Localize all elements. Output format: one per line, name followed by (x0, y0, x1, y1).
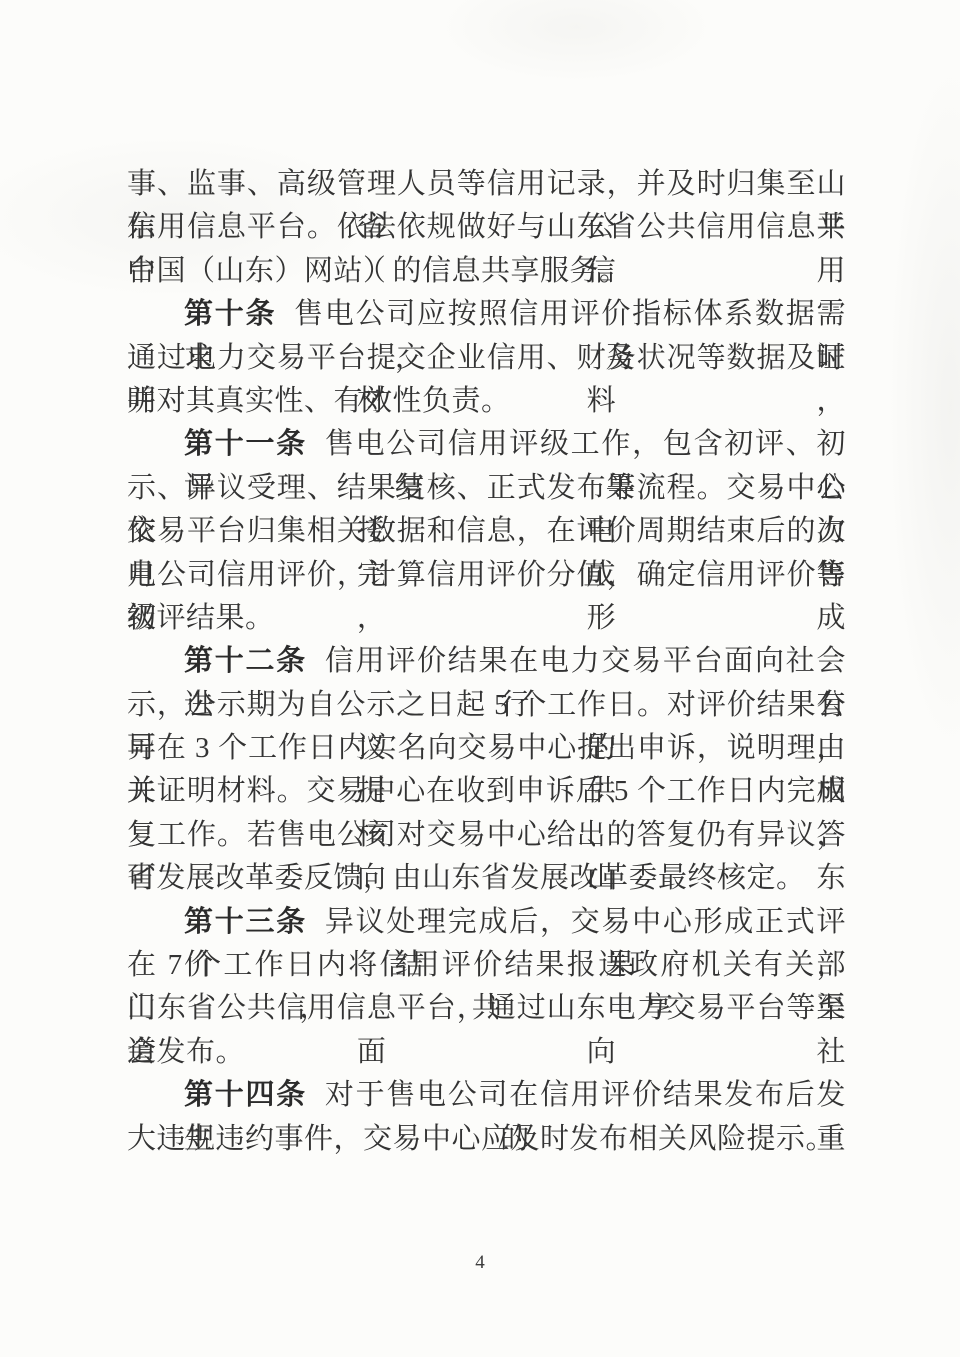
text-line: 在 7 个工作日内将信用评价结果报送政府机关有关部门，共享至 (127, 944, 846, 987)
text-line: 复工作。若售电公司对交易中心给出的答复仍有异议，可向山东 (127, 814, 846, 857)
text-line: 示、异议受理、结果复核、正式发布等流程。交易中心依托电力 (127, 467, 846, 510)
text-line-article-12: 第十二条信用评价结果在电力交易平台面向社会进行公 (127, 640, 846, 683)
text-line-article-11: 第十一条售电公司信用评级工作，包含初评、初评结果公 (127, 423, 846, 466)
text-line: 关证明材料。交易中心在收到申诉后 5 个工作日内完成复核、答 (127, 770, 846, 813)
document-page: 事、监事、高级管理人员等信用记录，并及时归集至山东省公共 信用信息平台。依法依规… (0, 0, 960, 1357)
page-number: 4 (0, 1252, 960, 1274)
article-number: 第十二条 (184, 645, 307, 677)
text-line-article-13: 第十三条异议处理完成后，交易中心形成正式评价结果， (127, 901, 846, 944)
text-line: 通过电力交易平台提交企业信用、财务状况等数据及证明材料， (127, 337, 846, 380)
line-text: 并对其真实性、有效性负责。 (127, 385, 511, 417)
text-line: 交易平台归集相关数据和信息，在评价周期结束后的次月完成售 (127, 510, 846, 553)
text-line: 大违规违约事件，交易中心应及时发布相关风险提示。 (127, 1118, 846, 1161)
text-line: 可在 3 个工作日内实名向交易中心提出申诉，说明理由并提供相 (127, 727, 846, 770)
text-line: 电公司信用评价，计算信用评价分值，确定信用评价等级，形成 (127, 554, 846, 597)
article-number: 第十一条 (184, 428, 307, 460)
line-text: 省发展改革委反馈，由山东省发展改革委最终核定。 (127, 862, 806, 894)
text-line: 山东省公共信用信息平台，通过山东电力交易平台等渠道面向社 (127, 987, 846, 1030)
text-line: 信用信息平台。依法依规做好与山东省公共信用信息平台（信用 (127, 206, 846, 249)
document-body: 事、监事、高级管理人员等信用记录，并及时归集至山东省公共 信用信息平台。依法依规… (127, 163, 846, 1161)
article-number: 第十三条 (184, 906, 307, 938)
text-line-article-10: 第十条售电公司应按照信用评价指标体系数据需求，及时 (127, 293, 846, 336)
text-line: 省发展改革委反馈，由山东省发展改革委最终核定。 (127, 857, 846, 900)
line-text: 中国（山东）网站）的信息共享服务。 (127, 255, 629, 287)
article-number: 第十条 (184, 298, 276, 330)
line-text: 初评结果。 (127, 602, 275, 634)
text-line-article-14: 第十四条对于售电公司在信用评价结果发布后发生的重 (127, 1074, 846, 1117)
article-number: 第十四条 (184, 1079, 307, 1111)
text-line: 示，公示期为自公示之日起 5 个工作日。对评价结果有异议的， (127, 684, 846, 727)
line-text: 大违规违约事件，交易中心应及时发布相关风险提示。 (127, 1123, 835, 1155)
text-line: 事、监事、高级管理人员等信用记录，并及时归集至山东省公共 (127, 163, 846, 206)
line-text: 会发布。 (127, 1036, 245, 1068)
